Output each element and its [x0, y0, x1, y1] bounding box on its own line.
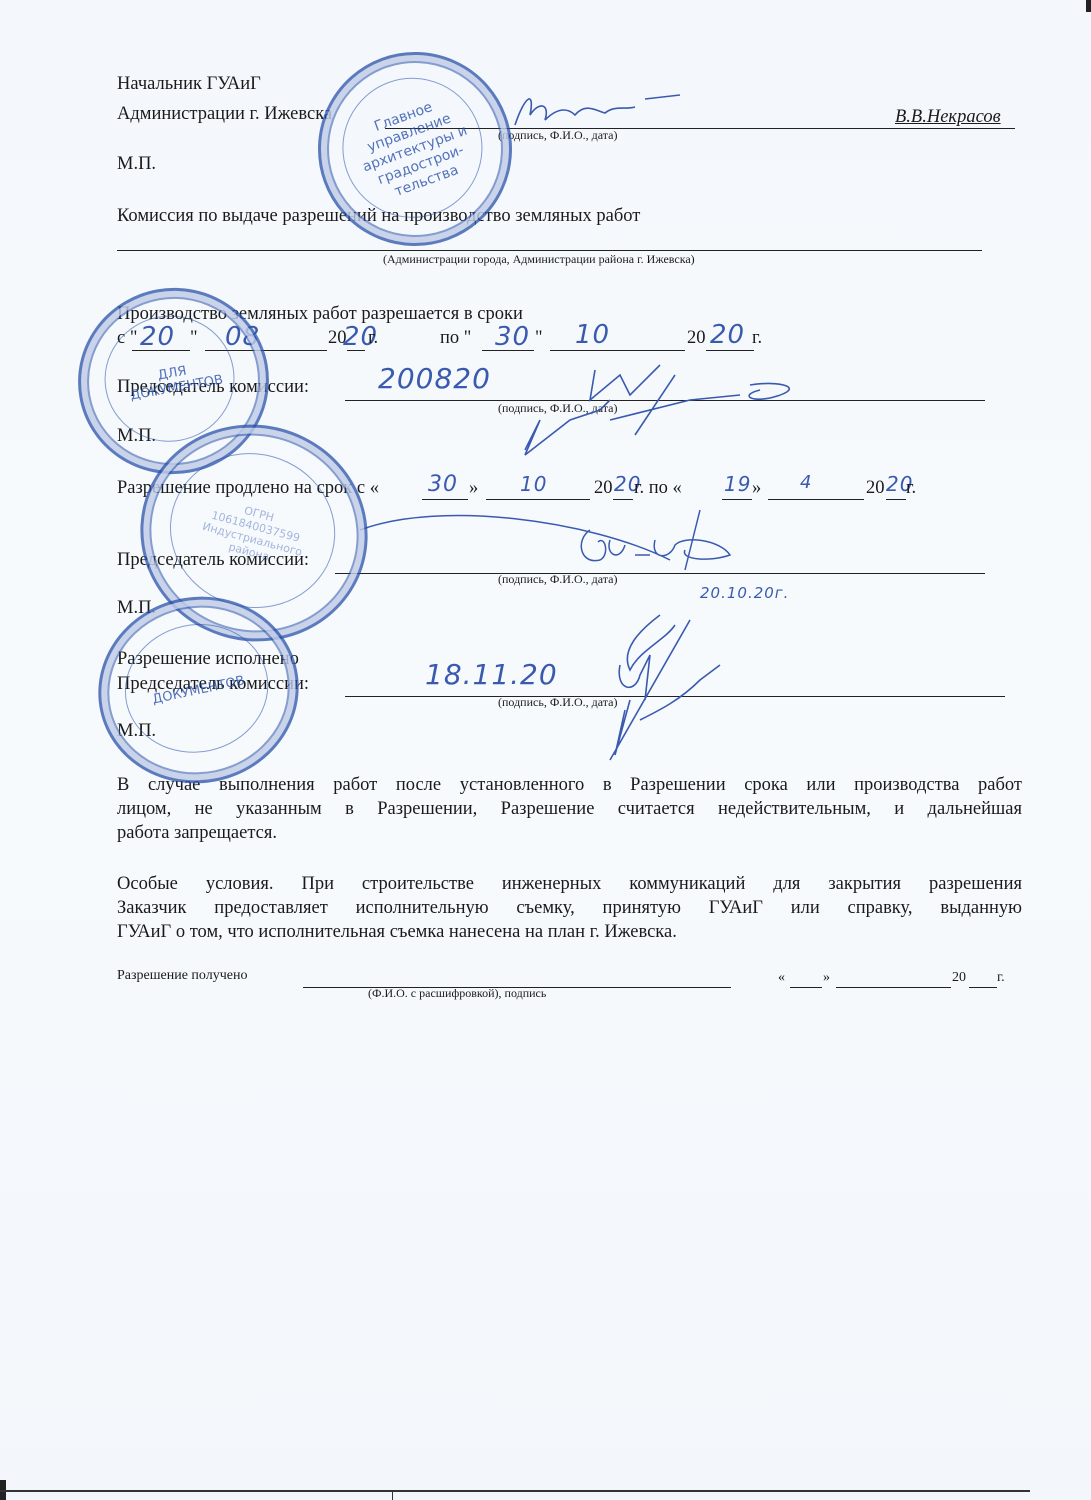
permit-chairman-handwritten-date: 200820 — [378, 362, 491, 395]
extension-mid: г. по « — [634, 478, 682, 499]
receipt-date-open: « — [778, 970, 785, 986]
extension-q-close-2: » — [752, 478, 761, 499]
receipt-year-prefix: 20 — [952, 970, 966, 986]
commission-caption: (Администрации города, Администрации рай… — [383, 252, 695, 267]
receipt-year-line — [969, 987, 997, 988]
receipt-label: Разрешение получено — [117, 968, 247, 984]
permit-year-suffix-2: г. — [752, 328, 762, 349]
permit-year-prefix-2: 20 — [687, 328, 706, 349]
completion-chairman-signature-icon — [580, 610, 780, 770]
receipt-year-suffix: г. — [997, 970, 1005, 986]
special-conditions-line-1: Особые условия. При строительстве инжене… — [117, 872, 1022, 896]
receipt-caption: (Ф.И.О. с расшифровкой), подпись — [368, 986, 546, 1001]
completion-handwritten-date: 18.11.20 — [425, 658, 558, 691]
extension-to-year-line — [886, 499, 906, 500]
scan-bottom-edge — [0, 1490, 1030, 1492]
extension-from-month: 10 — [520, 472, 547, 496]
receipt-date-close: » — [823, 970, 830, 986]
permit-chairman-signature-icon — [510, 350, 820, 460]
header-title-line1: Начальник ГУАиГ — [117, 74, 261, 95]
header-signature-icon — [505, 85, 685, 135]
scan-bottom-tick — [392, 1490, 393, 1500]
receipt-month-line — [836, 987, 951, 988]
header-title-line2: Администрации г. Ижевска — [117, 104, 332, 125]
header-mp: М.П. — [117, 154, 156, 175]
scanned-document-page: Начальник ГУАиГ Администрации г. Ижевска… — [0, 0, 1091, 1500]
extension-from-day: 30 — [428, 472, 458, 497]
permit-year-suffix-1: г. — [368, 328, 378, 349]
permit-to-month: 10 — [575, 320, 610, 350]
extension-year-prefix-2: 20 — [866, 478, 885, 499]
signer-name: В.В.Некрасов — [895, 107, 1001, 128]
special-conditions-line-2: Заказчик предоставляет исполнительную съ… — [117, 896, 1022, 920]
scan-edge-artifact — [1086, 0, 1091, 12]
extension-to-month: 4 — [800, 472, 812, 493]
extension-year-suffix-2: г. — [906, 478, 916, 499]
extension-q-close-1: » — [469, 478, 478, 499]
permit-to-prefix: по " — [440, 328, 471, 349]
special-conditions-line-3: ГУАиГ о том, что исполнительная съемка н… — [117, 920, 1022, 944]
extension-handwritten-date: 20.10.20г. — [700, 584, 789, 602]
gua-stamp: Главное управление архитектуры и градост… — [291, 25, 540, 274]
permit-to-quote: " — [535, 328, 543, 349]
receipt-day-line — [790, 987, 822, 988]
notice-line-1: В случае выполнения работ после установл… — [117, 773, 1022, 797]
extension-to-month-line — [768, 499, 864, 500]
permit-to-day: 30 — [495, 322, 530, 352]
permit-to-year: 20 — [710, 320, 745, 350]
notice-paragraph: В случае выполнения работ после установл… — [117, 773, 1022, 845]
extension-year-prefix-1: 20 — [594, 478, 613, 499]
extension-chairman-signature-icon — [340, 500, 760, 580]
extension-to-day: 19 — [724, 472, 751, 496]
notice-line-3: работа запрещается. — [117, 821, 1022, 845]
special-conditions-paragraph: Особые условия. При строительстве инжене… — [117, 872, 1022, 944]
notice-line-2: лицом, не указанным в Разрешении, Разреш… — [117, 797, 1022, 821]
commission-line — [117, 250, 982, 251]
